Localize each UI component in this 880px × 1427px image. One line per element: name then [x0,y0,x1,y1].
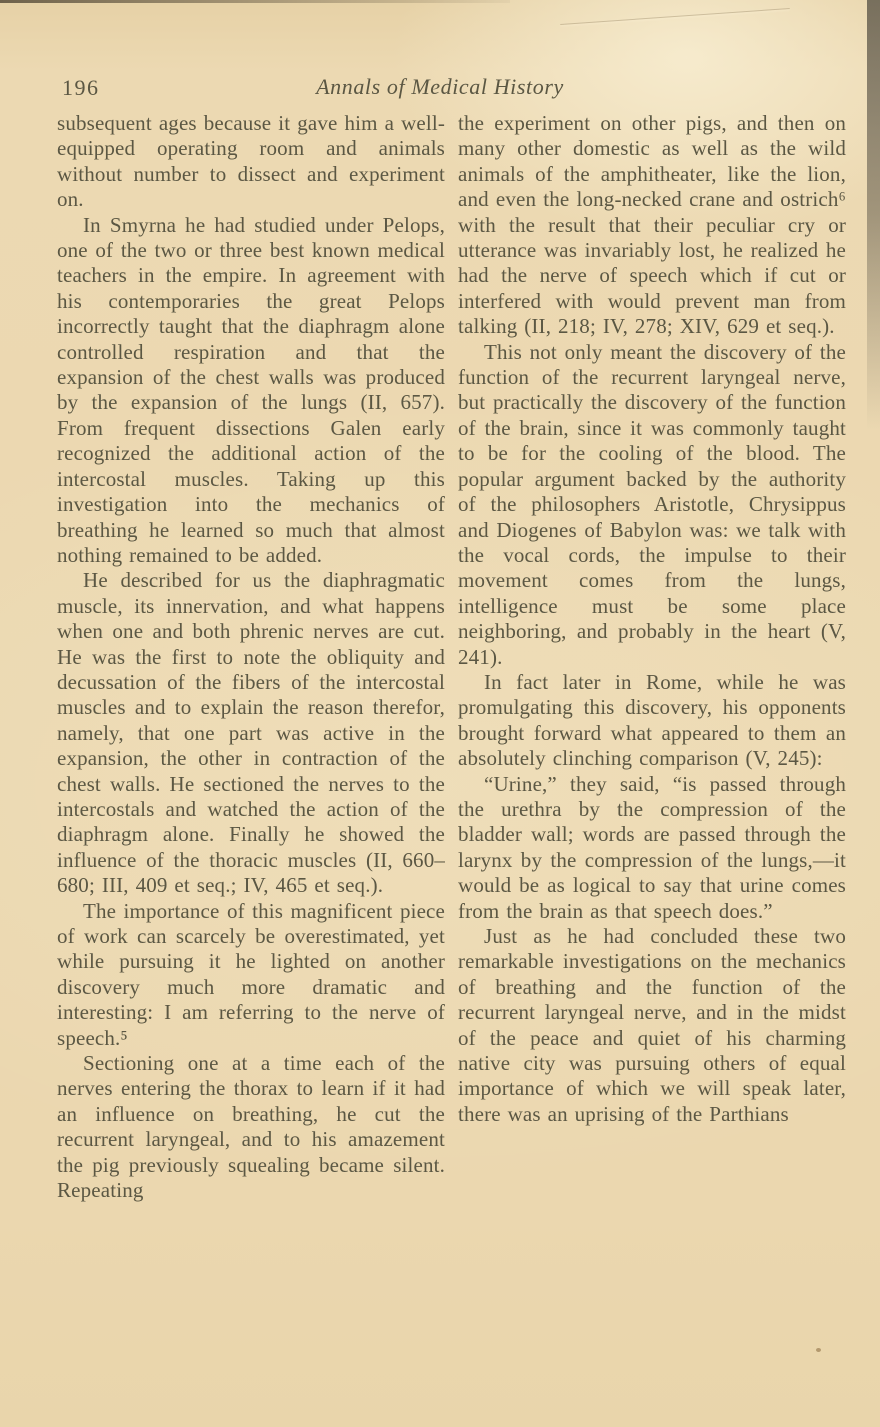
left-column: subsequent ages because it gave him a we… [57,111,445,1203]
paragraph: “Urine,” they said, “is passed through t… [458,772,846,924]
paragraph: subsequent ages because it gave him a we… [57,111,445,213]
paragraph: He described for us the diaphragmatic mu… [57,568,445,898]
page-top-edge-shadow [0,0,510,3]
right-column: the experiment on other pigs, and then o… [458,111,846,1203]
paper-speck [816,1348,821,1352]
paragraph: the experiment on other pigs, and then o… [458,111,846,340]
paragraph: In Smyrna he had studied under Pelops, o… [57,213,445,569]
page-header: 196 Annals of Medical History [0,74,880,104]
paragraph: Sectioning one at a time each of the ner… [57,1051,445,1203]
paragraph: Just as he had concluded these two remar… [458,924,846,1127]
page-right-edge-shadow [867,0,880,430]
page-corner-crease [560,8,790,25]
running-title: Annals of Medical History [0,74,880,100]
text-columns: subsequent ages because it gave him a we… [57,111,846,1203]
book-page: 196 Annals of Medical History subsequent… [0,0,880,1427]
paragraph: This not only meant the discovery of the… [458,340,846,670]
paragraph: The importance of this magnificent piece… [57,899,445,1051]
paragraph: In fact later in Rome, while he was prom… [458,670,846,772]
